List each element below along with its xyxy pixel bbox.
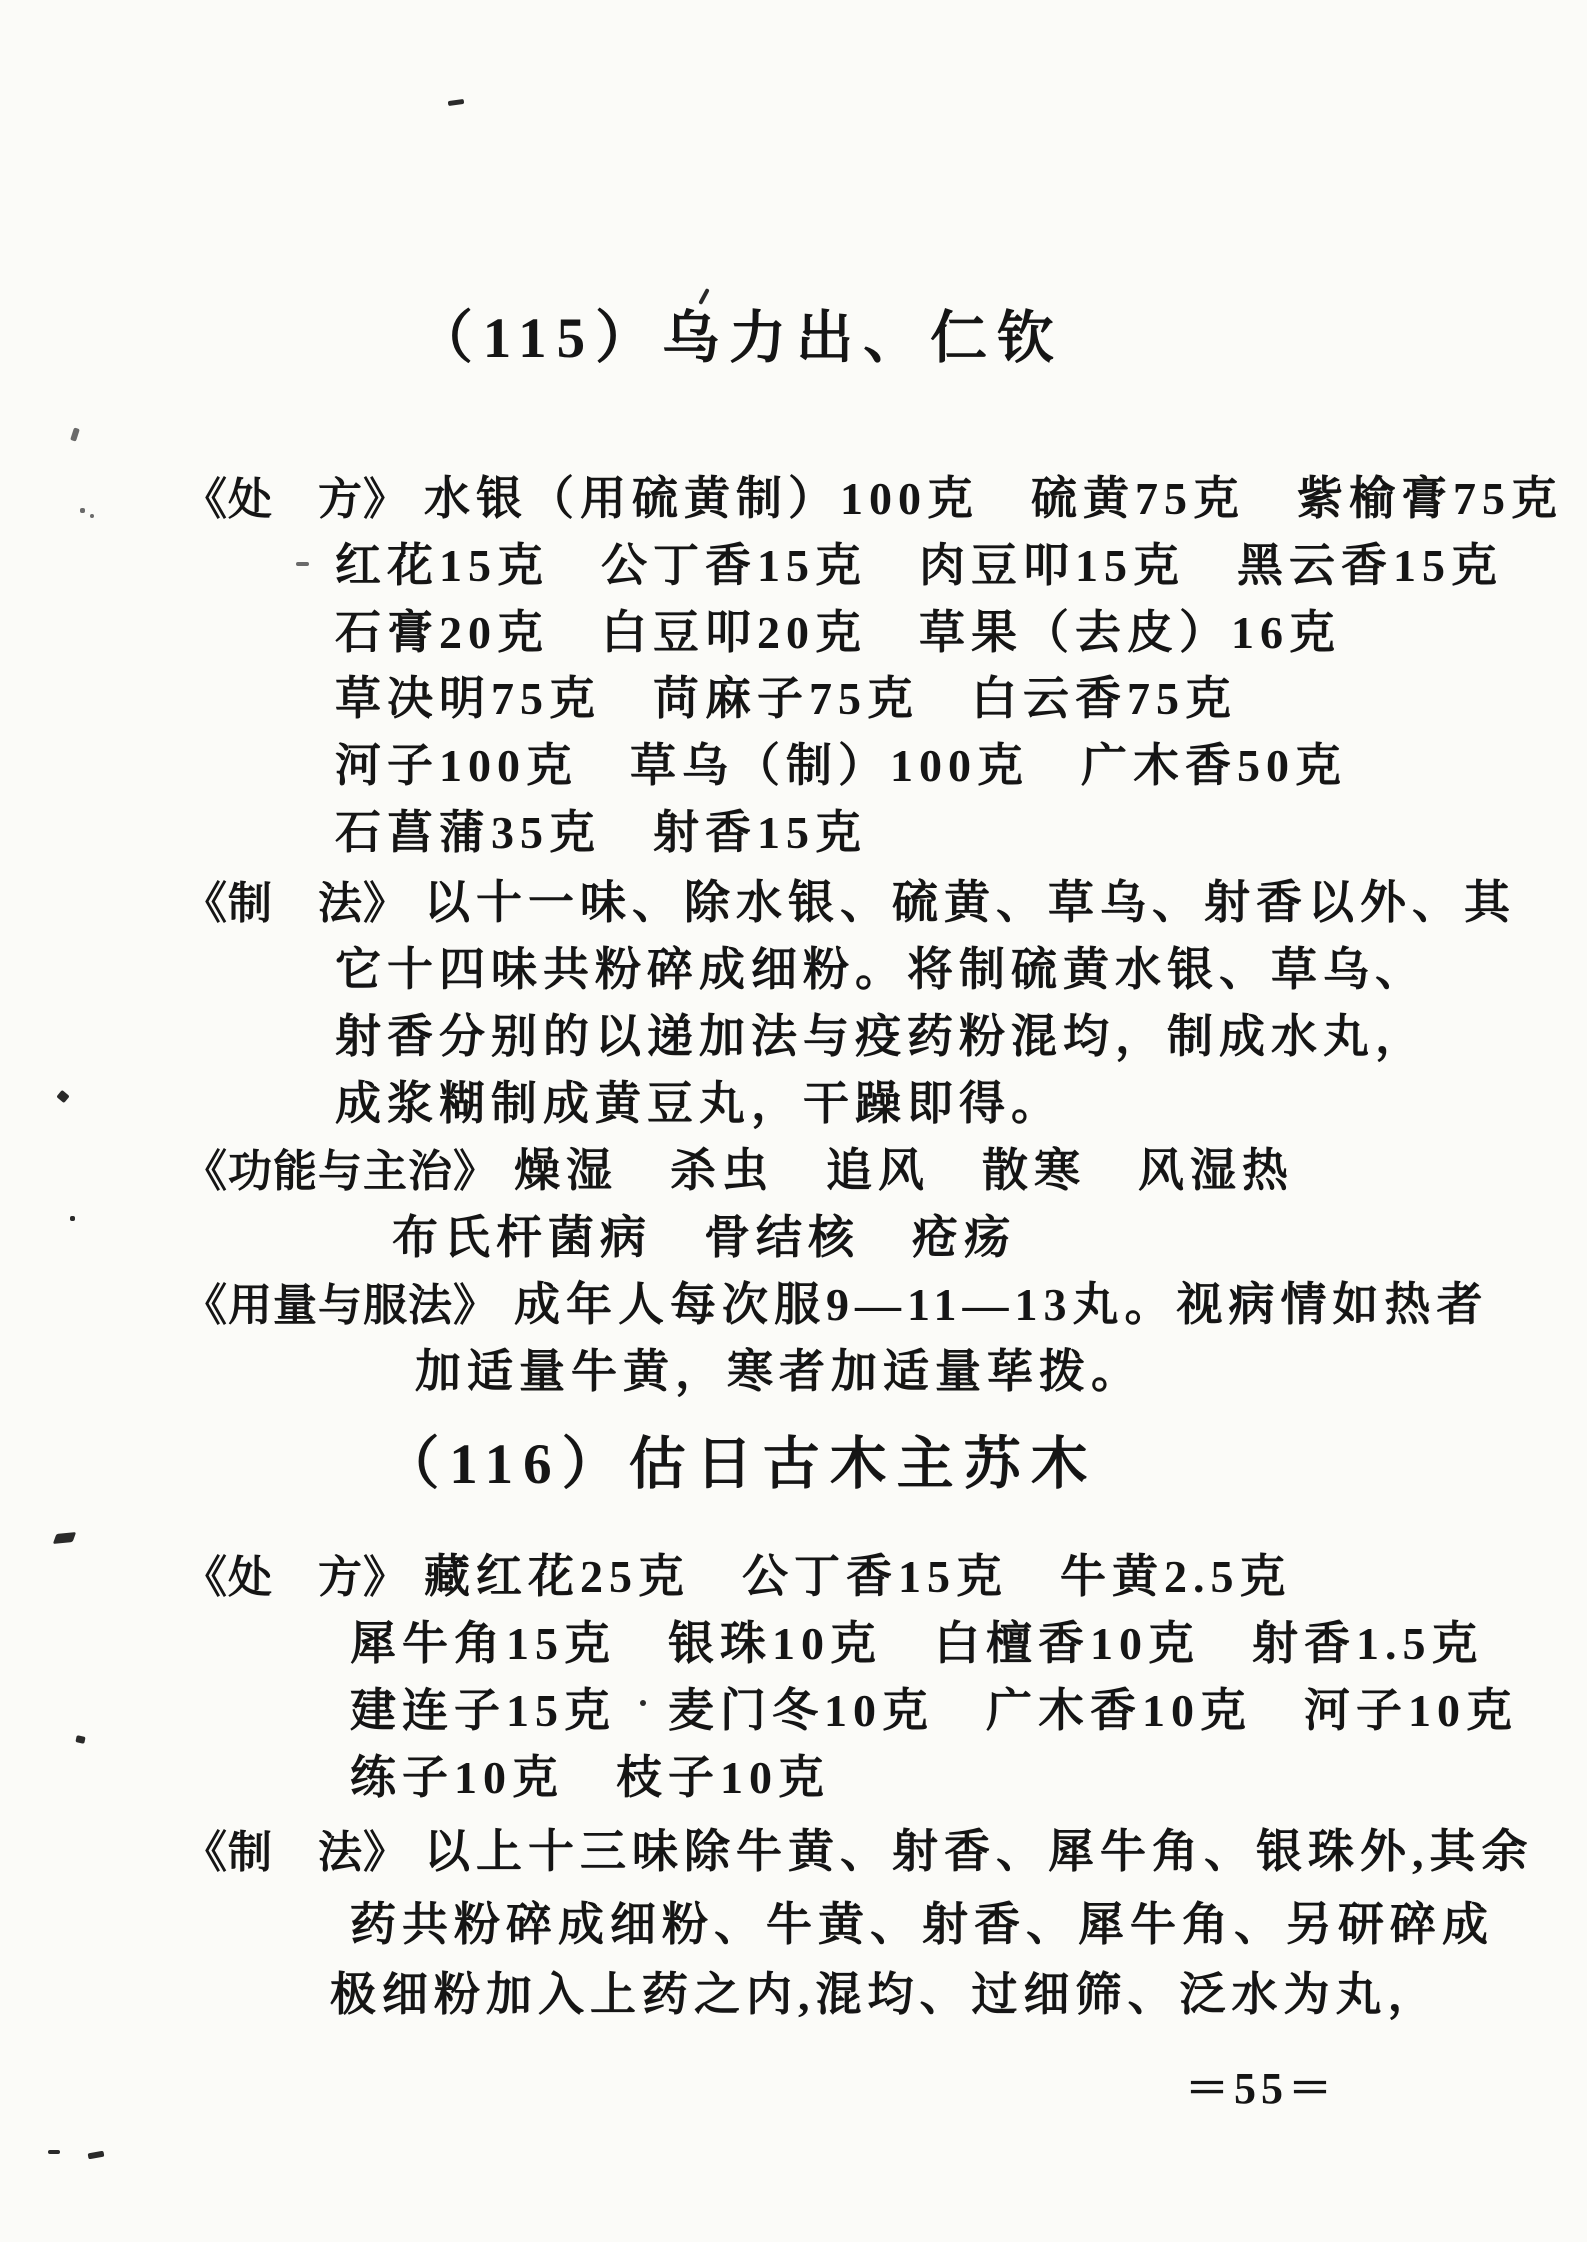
prescription-line: 石菖蒲35克 射香15克 bbox=[335, 796, 867, 862]
scan-artifact bbox=[70, 427, 80, 441]
entry-115-dosage-row: 《用量与服法》 成年人每次服9—11—13丸。视病情如热者 bbox=[183, 1268, 1488, 1334]
method-line: 成浆糊制成黄豆丸，干躁即得。 bbox=[335, 1067, 1063, 1133]
prescription-line: 红花15克 公丁香15克 肉豆叩15克 黑云香15克 bbox=[335, 529, 1503, 595]
scan-artifact bbox=[80, 508, 85, 513]
method-line: 以十一味、除水银、硫黄、草乌、射香以外、其 bbox=[424, 866, 1516, 932]
method-line: 射香分别的以递加法与疫药粉混均，制成水丸， bbox=[335, 1000, 1427, 1066]
prescription-line: 练子10克 枝子10克 bbox=[350, 1741, 830, 1807]
prescription-line: 犀牛角15克 银珠10克 白檀香10克 射香1.5克 bbox=[350, 1607, 1484, 1673]
method-line: 以上十三味除牛黄、射香、犀牛角、银珠外,其余 bbox=[424, 1815, 1534, 1881]
dosage-line: 加适量牛黄，寒者加适量荜拨。 bbox=[415, 1335, 1143, 1401]
prescription-line: 水银（用硫黄制）100克 硫黄75克 紫榆膏75克 bbox=[424, 462, 1563, 528]
scan-artifact bbox=[56, 1090, 69, 1103]
entry-115-function-row: 《功能与主治》 燥湿 杀虫 追风 散寒 风湿热 bbox=[183, 1134, 1294, 1200]
scan-artifact bbox=[53, 1532, 76, 1544]
method-line: 极细粉加入上药之内,混均、过细筛、泛水为丸， bbox=[330, 1958, 1440, 2024]
method-line: 药共粉碎成细粉、牛黄、射香、犀牛角、另研碎成 bbox=[350, 1888, 1494, 1954]
scan-artifact bbox=[88, 2151, 105, 2160]
entry-116-method-row: 《制 法》 以上十三味除牛黄、射香、犀牛角、银珠外,其余 bbox=[183, 1815, 1534, 1881]
dosage-line: 成年人每次服9—11—13丸。视病情如热者 bbox=[514, 1268, 1488, 1334]
method-line: 它十四味共粉碎成细粉。将制硫黄水银、草乌、 bbox=[335, 933, 1427, 999]
scan-artifact bbox=[640, 1700, 646, 1706]
dosage-label: 《用量与服法》 bbox=[183, 1269, 498, 1333]
prescription-line: 藏红花25克 公丁香15克 牛黄2.5克 bbox=[424, 1540, 1292, 1606]
scan-artifact bbox=[90, 514, 94, 518]
entry-115-method-row: 《制 法》 以十一味、除水银、硫黄、草乌、射香以外、其 bbox=[183, 866, 1516, 932]
scan-artifact bbox=[296, 562, 309, 566]
entry-116-title: （116）估日古木主苏木 bbox=[0, 1418, 1480, 1500]
scan-artifact bbox=[70, 1216, 75, 1221]
scan-artifact bbox=[48, 2150, 60, 2154]
function-line: 燥湿 杀虫 追风 散寒 风湿热 bbox=[514, 1134, 1294, 1200]
method-label: 《制 法》 bbox=[183, 867, 408, 931]
method-label: 《制 法》 bbox=[183, 1816, 408, 1880]
prescription-line: 石膏20克 白豆叩20克 草果（去皮）16克 bbox=[335, 596, 1341, 662]
prescription-label: 《处 方》 bbox=[183, 1541, 408, 1605]
function-label: 《功能与主治》 bbox=[183, 1135, 498, 1199]
page-number: ＝55＝ bbox=[1185, 2052, 1337, 2116]
scanned-book-page: （115）乌力出、仁钦 《处 方》 水银（用硫黄制）100克 硫黄75克 紫榆膏… bbox=[0, 0, 1587, 2242]
prescription-line: 建连子15克 麦门冬10克 广木香10克 河子10克 bbox=[350, 1674, 1518, 1740]
function-line: 布氏杆菌病 骨结核 疮疡 bbox=[392, 1201, 1016, 1267]
prescription-label: 《处 方》 bbox=[183, 463, 408, 527]
entry-115-title: （115）乌力出、仁钦 bbox=[0, 292, 1480, 374]
entry-115-prescription-row: 《处 方》 水银（用硫黄制）100克 硫黄75克 紫榆膏75克 bbox=[183, 462, 1563, 528]
entry-116-prescription-row: 《处 方》 藏红花25克 公丁香15克 牛黄2.5克 bbox=[183, 1540, 1292, 1606]
prescription-line: 草决明75克 苘麻子75克 白云香75克 bbox=[335, 662, 1237, 728]
prescription-line: 河子100克 草乌（制）100克 广木香50克 bbox=[335, 729, 1347, 795]
scan-artifact bbox=[448, 99, 465, 106]
scan-artifact bbox=[75, 1735, 85, 1744]
